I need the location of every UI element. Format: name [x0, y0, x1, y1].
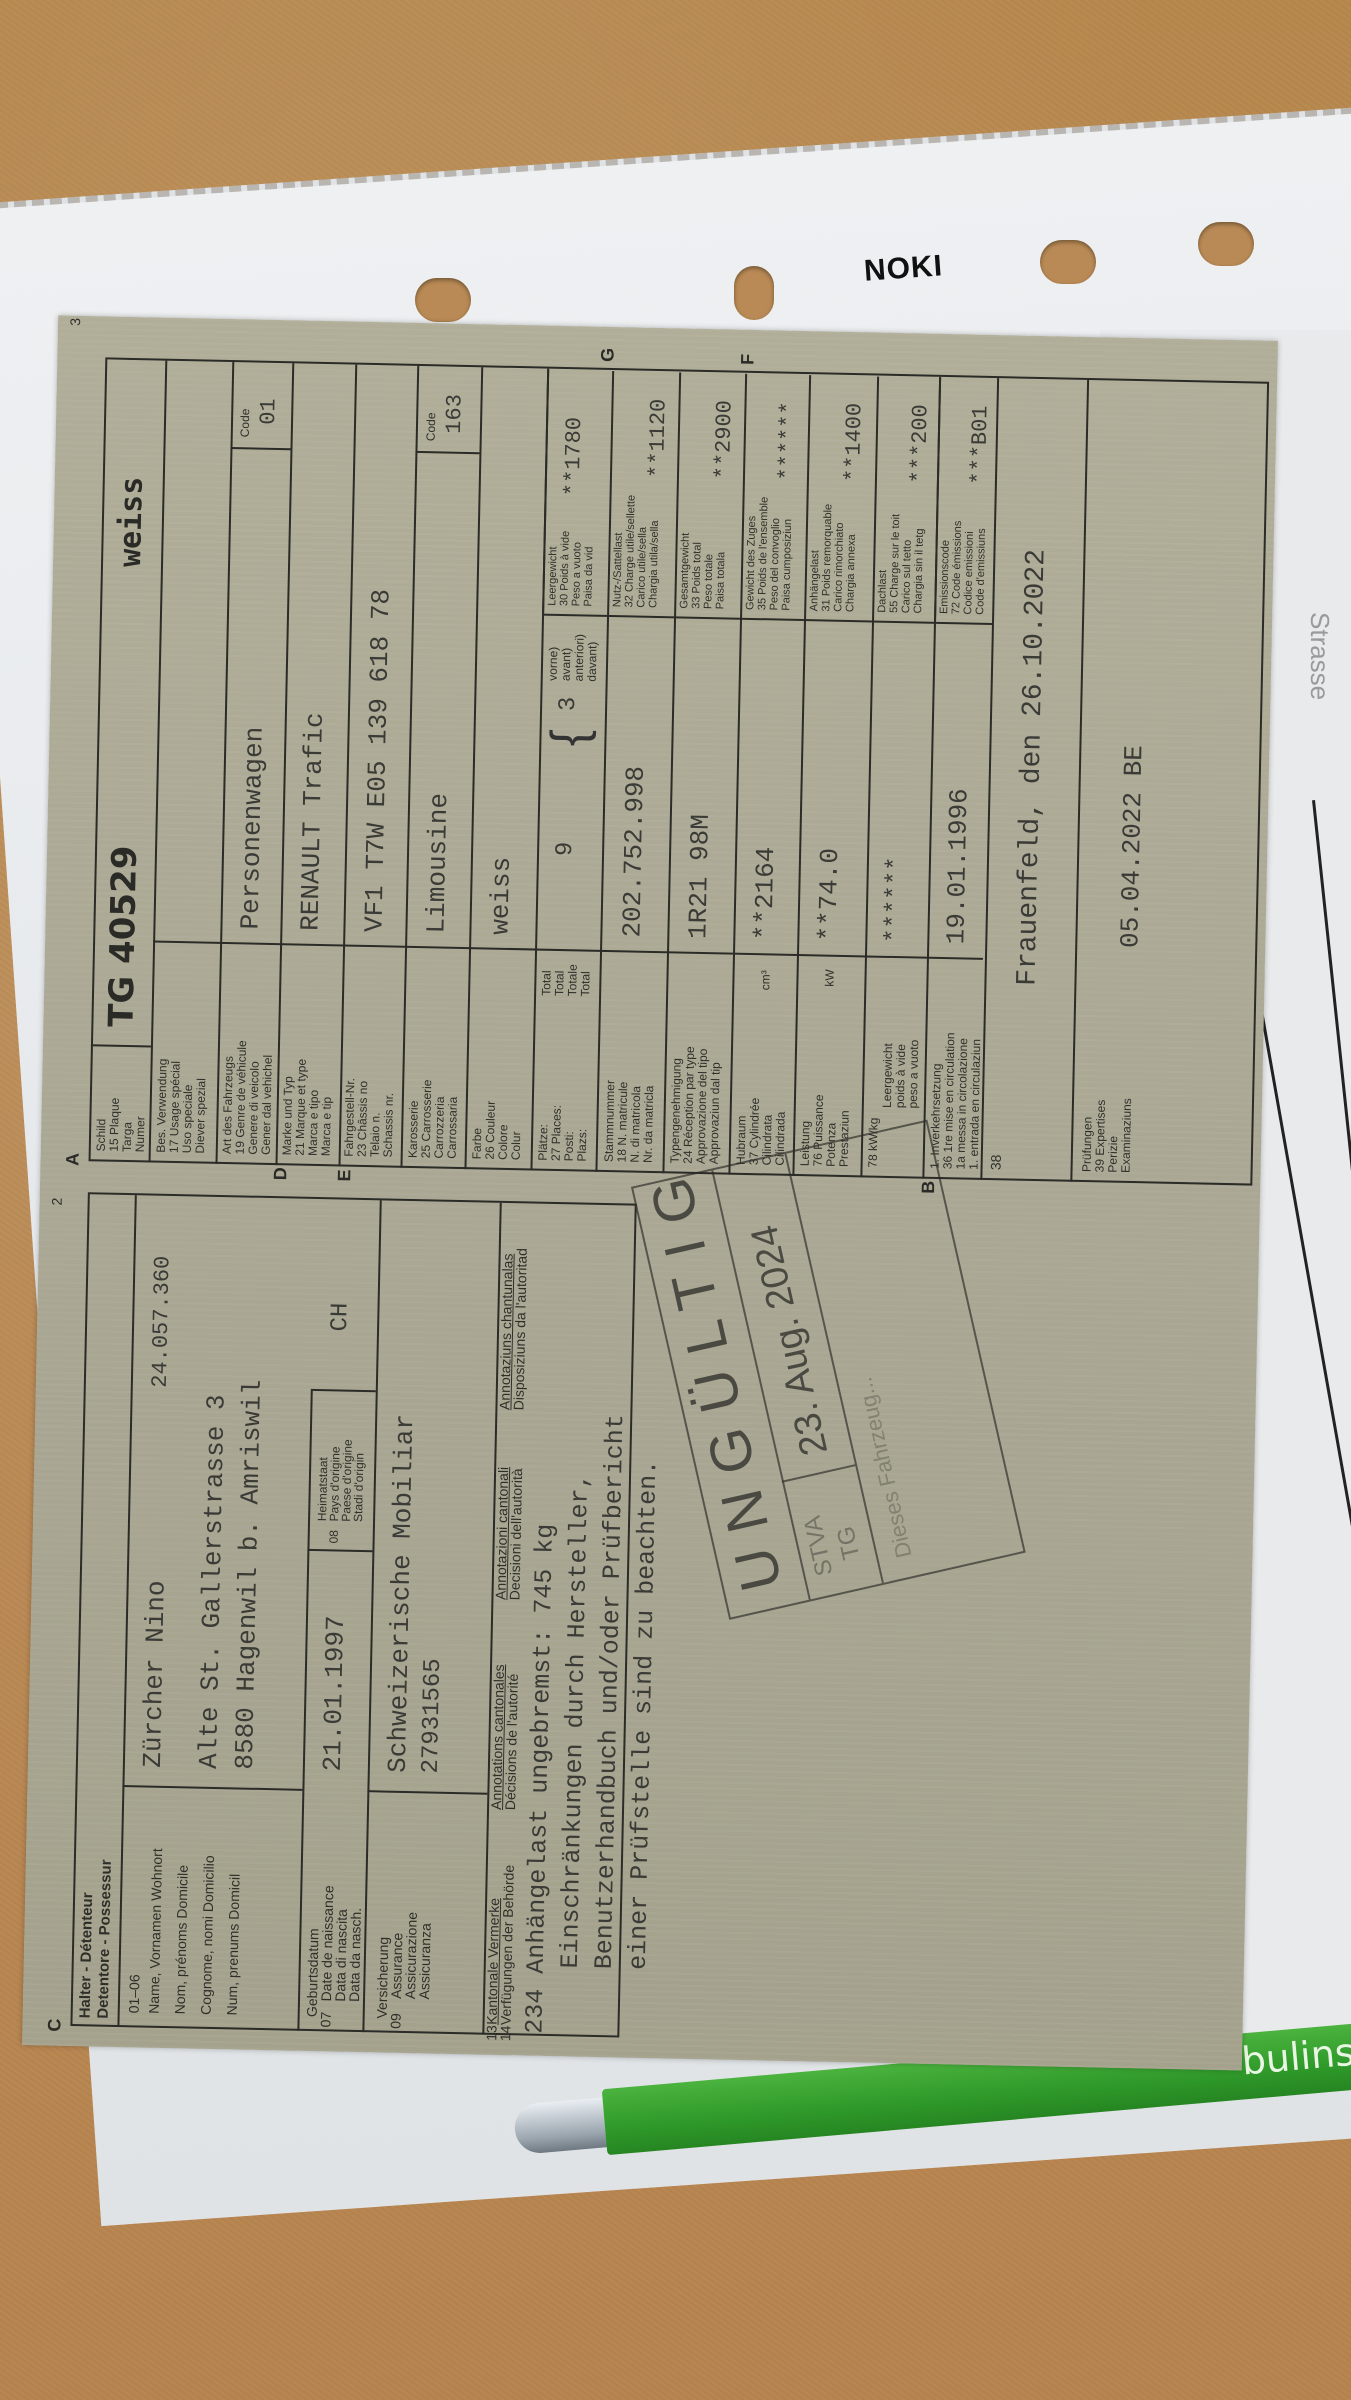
- label: Prestaziun: [838, 1095, 853, 1167]
- label: Paisa totala: [714, 533, 728, 609]
- label: Num, prenums Domicil: [225, 1874, 242, 2016]
- roof-load: ***200: [907, 404, 934, 484]
- field-25-labels: Karosserie 25 Carrosserie Carrozzeria Ca…: [407, 1079, 461, 1159]
- vehicle-type: Personenwagen: [235, 726, 269, 929]
- field-35-labels: Gewicht des Zuges 35 Poids de l'ensemble…: [744, 496, 794, 610]
- code-label: Code: [424, 412, 439, 441]
- field-33-labels: Gesamtgewicht 33 Poids total Peso totale…: [678, 533, 728, 610]
- field-code: 13 14: [484, 2025, 512, 2041]
- field-78-labels: 78 kW/kg Leergewicht poids à vide peso a…: [867, 1039, 922, 1169]
- invalid-stamp: UNGÜLTIG STVA TG 23. Aug. 2024 Dieses Fa…: [631, 1120, 1026, 1620]
- total-weight: **2900: [711, 400, 738, 480]
- note-street-label: Strasse: [1304, 612, 1335, 700]
- stamp-canton: TG: [832, 1523, 867, 1562]
- train-weight: ******: [775, 401, 802, 481]
- label: Stadi d'origin: [351, 1453, 366, 1522]
- seats-total: 9: [552, 841, 579, 856]
- field-code: 07: [318, 2012, 332, 2028]
- label: Code d'emissiuns: [974, 521, 988, 615]
- field-55-labels: Dachlast 55 Charge sur le toit Carico su…: [876, 514, 926, 614]
- field-72-labels: Emissionscode 72 Code émissions Codice e…: [938, 520, 988, 615]
- label: Approvaziun dal tip: [708, 1047, 723, 1165]
- label: Numer: [134, 1098, 148, 1152]
- field-37-labels: Hubraum 37 Cylindrée Cilindrata Cilindra…: [735, 1097, 788, 1165]
- vehicle-type-code: 01: [256, 398, 282, 425]
- seats-front: 3: [555, 696, 582, 711]
- field-39-labels: Prüfungen 39 Expertises Perizie Examinaz…: [1081, 1097, 1135, 1173]
- code-label: Code: [238, 408, 253, 437]
- field-17-labels: Bes. Verwendung 17 Usage spécial Uso spe…: [155, 1059, 209, 1154]
- pen-tip: [513, 2097, 612, 2155]
- label: peso a vuoto: [906, 1040, 922, 1169]
- label: Assicuranza: [417, 1923, 433, 2000]
- field-27-total-labels: Total Total Totale Total: [540, 964, 593, 997]
- label: Chargia utila/sella: [647, 495, 661, 608]
- section-f-label: F: [737, 354, 758, 365]
- payload: **1120: [645, 399, 672, 479]
- vehicle-color: weiss: [485, 856, 517, 935]
- field-30-labels: Leergewicht 30 Poids à vide Peso a vuoto…: [546, 530, 596, 606]
- label: Paisa cumposiziun: [780, 497, 794, 611]
- label: Disposiziuns da l'autoritad: [511, 1248, 528, 1410]
- holder-header-2: Detentore - Possessur: [97, 1859, 114, 2018]
- field-19-labels: Art des Fahrzeugs 19 Genre de véhicule G…: [221, 1040, 275, 1155]
- field-24-labels: Typengenehmigung 24 Réception par type A…: [669, 1046, 723, 1164]
- holder-header-1: Halter - Détenteur: [79, 1892, 96, 2018]
- page-number-left: 2: [50, 1198, 64, 1206]
- pen-logo: bulins: [1240, 2030, 1351, 2084]
- empty-weight: **1780: [561, 417, 588, 497]
- field-21-labels: Marke und Typ 21 Marque et type Marca e …: [281, 1059, 335, 1157]
- vehicle-registration-document: 2 C Halter - Détenteur Detentore - Posse…: [22, 315, 1278, 2070]
- field-36-labels: 1. Inverkehrsetzung 36 1re mise en circu…: [929, 1032, 984, 1170]
- unit-label: cm³: [758, 970, 772, 990]
- displacement: **2164: [749, 846, 781, 940]
- label: Gener dal vehichel: [260, 1041, 275, 1155]
- origin-country: CH: [327, 1302, 355, 1331]
- label: Name, Vornamen Wohnort: [147, 1848, 164, 2014]
- label: davant): [586, 634, 600, 682]
- make-model: RENAULT Trafic: [295, 712, 330, 931]
- label: Colur: [510, 1101, 524, 1160]
- punch-hole: [734, 266, 774, 320]
- label: Nr. da matricla: [642, 1081, 657, 1163]
- first-registration-date: 19.01.1996: [941, 788, 974, 945]
- section-e-label: E: [334, 1169, 355, 1181]
- label: Verfügungen der Behörde: [499, 1865, 516, 2026]
- label: Examinaziuns: [1120, 1098, 1135, 1173]
- field-code: 08: [327, 1530, 341, 1544]
- label: Décisions de l'autorité: [503, 1674, 520, 1811]
- label: Chargia sin il tetg: [912, 514, 926, 613]
- label: Chargia annexa: [844, 504, 858, 612]
- label: Decisioni dell'autorità: [507, 1468, 524, 1600]
- type-approval: 1R21 98M: [683, 814, 716, 939]
- punch-hole: [1040, 240, 1096, 284]
- punch-hole: [415, 278, 471, 322]
- body-type: Limousine: [421, 793, 454, 934]
- label: Marca e tip: [320, 1059, 335, 1156]
- label: Cognome, nomi Domicilio: [199, 1855, 216, 2015]
- plate-color: weiss: [113, 476, 150, 567]
- sleeve-brand: NOKI: [863, 249, 944, 288]
- field-76-labels: Leistung 76 Puissance Potenza Prestaziun: [799, 1094, 852, 1167]
- license-plate: TG 40529: [101, 845, 145, 1027]
- inspection-date: 05.04.2022 BE: [1115, 745, 1149, 948]
- section-d-label: D: [270, 1167, 291, 1180]
- field-code: 38: [989, 1154, 1003, 1170]
- field-32-labels: Nutz-/Sattellast 32 Charge utile/sellett…: [611, 495, 661, 608]
- label: Paisa da vid: [582, 531, 596, 606]
- birth-date: 21.01.1997: [318, 1615, 351, 1772]
- label: Data da nasch.: [347, 1908, 363, 2002]
- label: Carrossaria: [446, 1080, 461, 1159]
- field-26-labels: Farbe 26 Couleur Colore Colur: [471, 1100, 524, 1160]
- brace-icon: {: [543, 729, 593, 747]
- label: Diever spezial: [194, 1059, 209, 1153]
- field-27-front-labels: vorne) avant) anteriori) davant): [547, 633, 600, 681]
- label: Plazs:: [576, 1105, 590, 1161]
- label: Nom, prénoms Domicile: [173, 1865, 190, 2015]
- holder-number: 24.057.360: [148, 1255, 176, 1388]
- section-b-label: B: [918, 1181, 939, 1194]
- field-23-labels: Fahrgestell-Nr. 23 Châssis no Telaio n. …: [343, 1078, 397, 1158]
- section-c-label: C: [44, 2018, 65, 2031]
- body-type-code: 163: [442, 394, 468, 434]
- insurance-policy: 27931565: [418, 1658, 447, 1774]
- power: **74.0: [813, 848, 845, 942]
- emission-code: ***B01: [967, 405, 994, 485]
- field-01-06-code: 01–06: [127, 1974, 142, 2013]
- field-18-labels: Stammnummer 18 N. matricule N. di matric…: [603, 1080, 657, 1163]
- field-27-labels: Plätze: 27 Places: Posti: Plazs:: [537, 1105, 590, 1162]
- stamp-office: STVA: [799, 1513, 840, 1579]
- punch-hole: [1198, 222, 1254, 266]
- label: Schassis nr.: [382, 1079, 397, 1158]
- section-g-label: G: [597, 348, 618, 362]
- towing-capacity: **1400: [841, 403, 868, 483]
- label: Total: [579, 964, 593, 996]
- field-15-labels: Schild 15 Plaque Targa Numer: [95, 1097, 148, 1152]
- unit-label: kW: [822, 969, 836, 987]
- matriculation-number: 202.752.998: [617, 766, 651, 938]
- label: Cilindrada: [774, 1098, 788, 1166]
- section-a-label: A: [62, 1153, 83, 1166]
- power-weight-ratio: ******: [881, 856, 910, 943]
- holder-name: Zürcher Nino: [138, 1580, 172, 1768]
- page-number-right: 3: [68, 318, 82, 326]
- field-31-labels: Anhängelast 31 Poids remorquable Carico …: [808, 504, 858, 613]
